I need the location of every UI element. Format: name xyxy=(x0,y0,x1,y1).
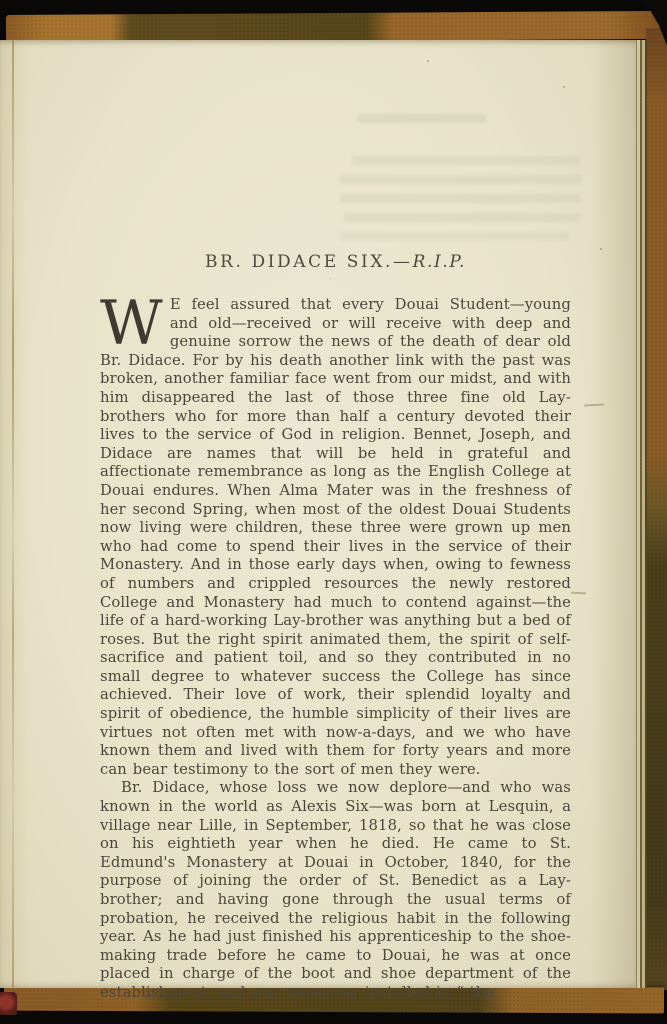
paragraph-2: Br. Didace, whose loss we now deplore—an… xyxy=(100,779,571,1002)
paper-scratch xyxy=(584,403,604,406)
book-scan: BR. DIDACE SIX.—R.I.P. WE feel assured t… xyxy=(0,0,667,1024)
show-through-ghost-line xyxy=(340,194,580,203)
book-cover-top-edge xyxy=(6,11,662,43)
show-through-ghost-line xyxy=(352,156,580,165)
dust-speck xyxy=(563,86,565,88)
leather-texture xyxy=(6,11,662,43)
page-heading: BR. DIDACE SIX.—R.I.P. xyxy=(100,252,571,272)
paper-scratch xyxy=(571,592,586,595)
heading-main: BR. DIDACE SIX.— xyxy=(205,252,413,272)
book-cover-right-edge xyxy=(646,28,667,990)
book-page: BR. DIDACE SIX.—R.I.P. WE feel assured t… xyxy=(0,40,636,988)
show-through-ghost-line xyxy=(340,232,570,241)
paragraph-1-text: E feel assured that every Douai Student—… xyxy=(100,296,571,778)
dust-speck xyxy=(600,248,602,250)
paragraph-1: WE feel assured that every Douai Student… xyxy=(100,296,571,779)
show-through-ghost-line xyxy=(344,213,580,222)
page-body: WE feel assured that every Douai Student… xyxy=(100,296,571,1003)
gutter-crease xyxy=(12,40,14,988)
dust-speck xyxy=(427,60,429,62)
marbled-edge-bottom-left xyxy=(0,992,17,1015)
printed-content: BR. DIDACE SIX.—R.I.P. WE feel assured t… xyxy=(100,252,571,1003)
heading-rip: R.I.P. xyxy=(413,252,466,272)
leather-texture xyxy=(646,28,667,990)
show-through-ghost-line xyxy=(340,175,582,184)
drop-cap: W xyxy=(100,299,163,351)
show-through-ghost-heading xyxy=(358,114,486,123)
